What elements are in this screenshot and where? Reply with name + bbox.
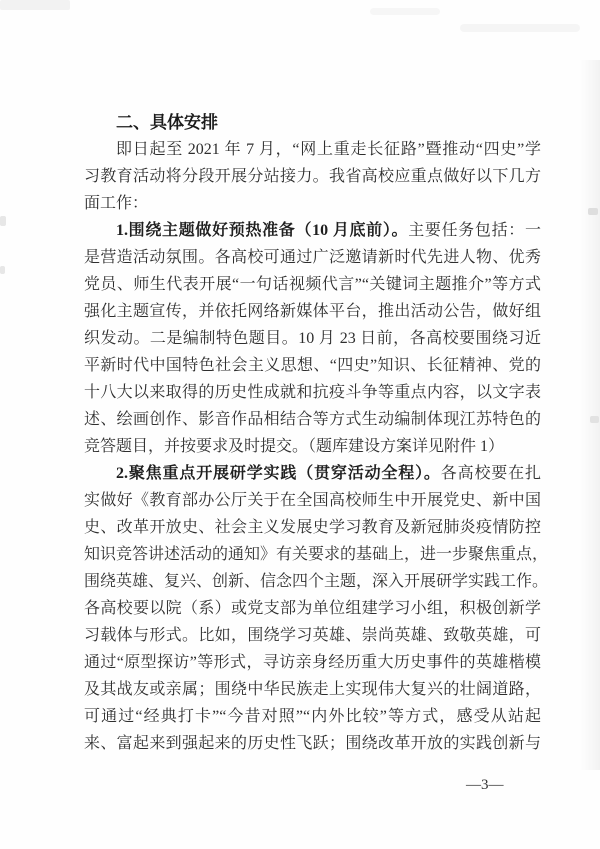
line-text: 各高校要以院（系）或党支部为单位组建学习小组，积极创新学 [84, 600, 541, 617]
document-line: 围绕英雄、复兴、创新、信念四个主题，深入开展研学实践工作。 [84, 568, 541, 595]
document-line: 述、绘画创作、影音作品相结合等方式生动编制体现江苏特色的 [84, 406, 541, 433]
document-line: 史、改革开放史、社会主义发展史学习教育及新冠肺炎疫情防控 [84, 514, 541, 541]
document-content: 二、具体安排 即日起至 2021 年 7 月，“网上重走长征路”暨推动“四史”学… [84, 109, 541, 757]
line-text: 通过“原型探访”等形式，寻访亲身经历重大历史事件的英雄楷模 [84, 654, 541, 671]
line-text: 织发动。二是编制特色题目。10 月 23 日前，各高校要围绕习近 [84, 330, 541, 347]
document-line: 可通过“经典打卡”“今昔对照”“内外比较”等方式，感受从站起 [84, 703, 541, 730]
line-text: 实做好《教育部办公厅关于在全国高校师生中开展党史、新中国 [84, 492, 541, 509]
line-text: 知识竞答讲述活动的通知》有关要求的基础上，进一步聚焦重点， [84, 546, 548, 563]
document-line: 织发动。二是编制特色题目。10 月 23 日前，各高校要围绕习近 [84, 325, 541, 352]
document-line: 党员、师生代表开展“一句话视频代言”“关键词主题推介”等方式 [84, 271, 541, 298]
document-line: 面工作： [84, 190, 541, 217]
scanned-document-page: 二、具体安排 即日起至 2021 年 7 月，“网上重走长征路”暨推动“四史”学… [0, 0, 600, 849]
line-text: 即日起至 2021 年 7 月，“网上重走长征路”暨推动“四史”学 [116, 141, 541, 158]
document-line: 习载体与形式。比如，围绕学习英雄、崇尚英雄、致敬英雄，可 [84, 622, 541, 649]
scan-artifact [0, 266, 5, 274]
document-line: 2.聚焦重点开展研学实践（贯穿活动全程）。各高校要在扎 [84, 460, 541, 487]
scan-artifact [460, 24, 580, 32]
document-line: 是营造活动氛围。各高校可通过广泛邀请新时代先进人物、优秀 [84, 244, 541, 271]
document-line: 平新时代中国特色社会主义思想、“四史”知识、长征精神、党的 [84, 352, 541, 379]
line-text: 主要任务包括：一 [408, 222, 541, 239]
scan-artifact [590, 416, 599, 423]
line-text: 述、绘画创作、影音作品相结合等方式生动编制体现江苏特色的 [84, 411, 541, 428]
scan-artifact [580, 60, 600, 770]
document-line: 竞答题目，并按要求及时提交。（题库建设方案详见附件 1） [84, 433, 541, 460]
bold-lead-text: 1.围绕主题做好预热准备（10 月底前）。 [116, 222, 408, 239]
document-line: 1.围绕主题做好预热准备（10 月底前）。主要任务包括：一 [84, 217, 541, 244]
scan-artifact [370, 8, 440, 15]
line-text: 平新时代中国特色社会主义思想、“四史”知识、长征精神、党的 [84, 357, 541, 374]
document-line: 及其战友或亲属；围绕中华民族走上实现伟大复兴的壮阔道路， [84, 676, 541, 703]
document-line: 实做好《教育部办公厅关于在全国高校师生中开展党史、新中国 [84, 487, 541, 514]
document-line: 十八大以来取得的历史性成就和抗疫斗争等重点内容，以文字表 [84, 379, 541, 406]
scan-artifact [0, 216, 6, 226]
document-line: 习教育活动将分段开展分站接力。我省高校应重点做好以下几方 [84, 163, 541, 190]
page-number: —3— [466, 777, 504, 794]
line-text: 竞答题目，并按要求及时提交。（题库建设方案详见附件 1） [84, 438, 504, 455]
document-line: 强化主题宣传，并依托网络新媒体平台，推出活动公告，做好组 [84, 298, 541, 325]
line-text: 可通过“经典打卡”“今昔对照”“内外比较”等方式，感受从站起 [84, 708, 541, 725]
document-line: 来、富起来到强起来的历史性飞跃；围绕改革开放的实践创新与 [84, 730, 541, 757]
document-line: 各高校要以院（系）或党支部为单位组建学习小组，积极创新学 [84, 595, 541, 622]
line-text: 各高校要在扎 [441, 465, 541, 482]
line-text: 是营造活动氛围。各高校可通过广泛邀请新时代先进人物、优秀 [84, 249, 541, 266]
line-text: 来、富起来到强起来的历史性飞跃；围绕改革开放的实践创新与 [84, 735, 541, 752]
scan-artifact [0, 0, 70, 10]
section-heading: 二、具体安排 [84, 109, 541, 136]
line-text: 面工作： [84, 195, 148, 212]
document-line: 通过“原型探访”等形式，寻访亲身经历重大历史事件的英雄楷模 [84, 649, 541, 676]
scan-artifact [588, 208, 598, 215]
document-line: 即日起至 2021 年 7 月，“网上重走长征路”暨推动“四史”学 [84, 136, 541, 163]
line-text: 强化主题宣传，并依托网络新媒体平台，推出活动公告，做好组 [84, 303, 541, 320]
line-text: 习载体与形式。比如，围绕学习英雄、崇尚英雄、致敬英雄，可 [84, 627, 541, 644]
line-text: 十八大以来取得的历史性成就和抗疫斗争等重点内容，以文字表 [84, 384, 541, 401]
bold-lead-text: 2.聚焦重点开展研学实践（贯穿活动全程）。 [116, 465, 441, 482]
document-line: 知识竞答讲述活动的通知》有关要求的基础上，进一步聚焦重点， [84, 541, 541, 568]
line-text: 党员、师生代表开展“一句话视频代言”“关键词主题推介”等方式 [84, 276, 541, 293]
document-body: 即日起至 2021 年 7 月，“网上重走长征路”暨推动“四史”学习教育活动将分… [84, 136, 541, 757]
line-text: 史、改革开放史、社会主义发展史学习教育及新冠肺炎疫情防控 [84, 519, 541, 536]
line-text: 及其战友或亲属；围绕中华民族走上实现伟大复兴的壮阔道路， [84, 681, 541, 698]
line-text: 习教育活动将分段开展分站接力。我省高校应重点做好以下几方 [84, 168, 541, 185]
line-text: 围绕英雄、复兴、创新、信念四个主题，深入开展研学实践工作。 [84, 573, 548, 590]
